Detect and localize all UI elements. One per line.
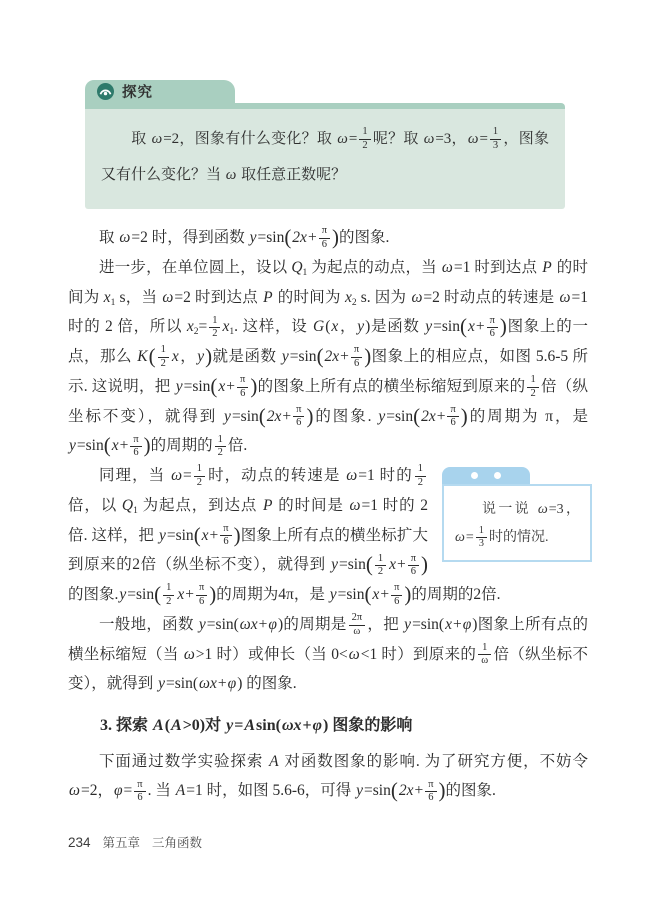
callout-note-box: 说一说 ω=3，ω=13时的情况. bbox=[442, 467, 592, 562]
explore-box: 探究 取 ω=2，图象有什么变化？取 ω=12呢？取 ω=3，ω=13，图象又有… bbox=[85, 80, 565, 209]
callout-dot-icon bbox=[494, 472, 501, 479]
explore-question-segments: 取 ω=2，图象有什么变化？取 ω=12呢？取 ω=3，ω=13，图象又有什么变… bbox=[101, 131, 549, 183]
section-heading: 3. 探索 A(A>0)对 y=Asin(ωx+φ) 图象的影响 bbox=[68, 711, 588, 742]
chapter-label: 第五章 bbox=[103, 833, 141, 851]
explore-title: 探究 bbox=[122, 81, 153, 102]
paragraph-explore-A: 下面通过数学实验探索 A 对函数图象的影响. 为了研究方便，不妨令 ω=2，φ=… bbox=[68, 747, 588, 807]
explore-tab: 探究 bbox=[85, 80, 235, 103]
callout-tab bbox=[442, 467, 530, 484]
textbook-page: 探究 取 ω=2，图象有什么变化？取 ω=12呢？取 ω=3，ω=13，图象又有… bbox=[0, 0, 648, 909]
page-number: 234 bbox=[68, 835, 91, 850]
callout-dot-icon bbox=[471, 472, 478, 479]
paragraph-omega2: 取 ω=2 时，得到函数 y=sin(2x+π6)的图象. bbox=[68, 223, 588, 253]
page-footer: 234 第五章 三角函数 bbox=[68, 833, 202, 851]
section-label: 三角函数 bbox=[152, 833, 202, 851]
paragraph-unit-circle: 进一步，在单位圆上，设以 Q1 为起点的动点，当 ω=1 时到达点 P 的时间为… bbox=[68, 253, 588, 461]
main-content: 取 ω=2 时，得到函数 y=sin(2x+π6)的图象. 进一步，在单位圆上，… bbox=[68, 223, 588, 806]
callout-note-text: 说一说 ω=3，ω=13时的情况. bbox=[442, 484, 592, 562]
paragraph-general-rule: 一般地，函数 y=sin(ωx+φ)的周期是2πω，把 y=sin(x+φ)图象… bbox=[68, 610, 588, 699]
explore-gauge-icon bbox=[97, 83, 114, 100]
explore-question-text: 取 ω=2，图象有什么变化？取 ω=12呢？取 ω=3，ω=13，图象又有什么变… bbox=[85, 109, 565, 209]
